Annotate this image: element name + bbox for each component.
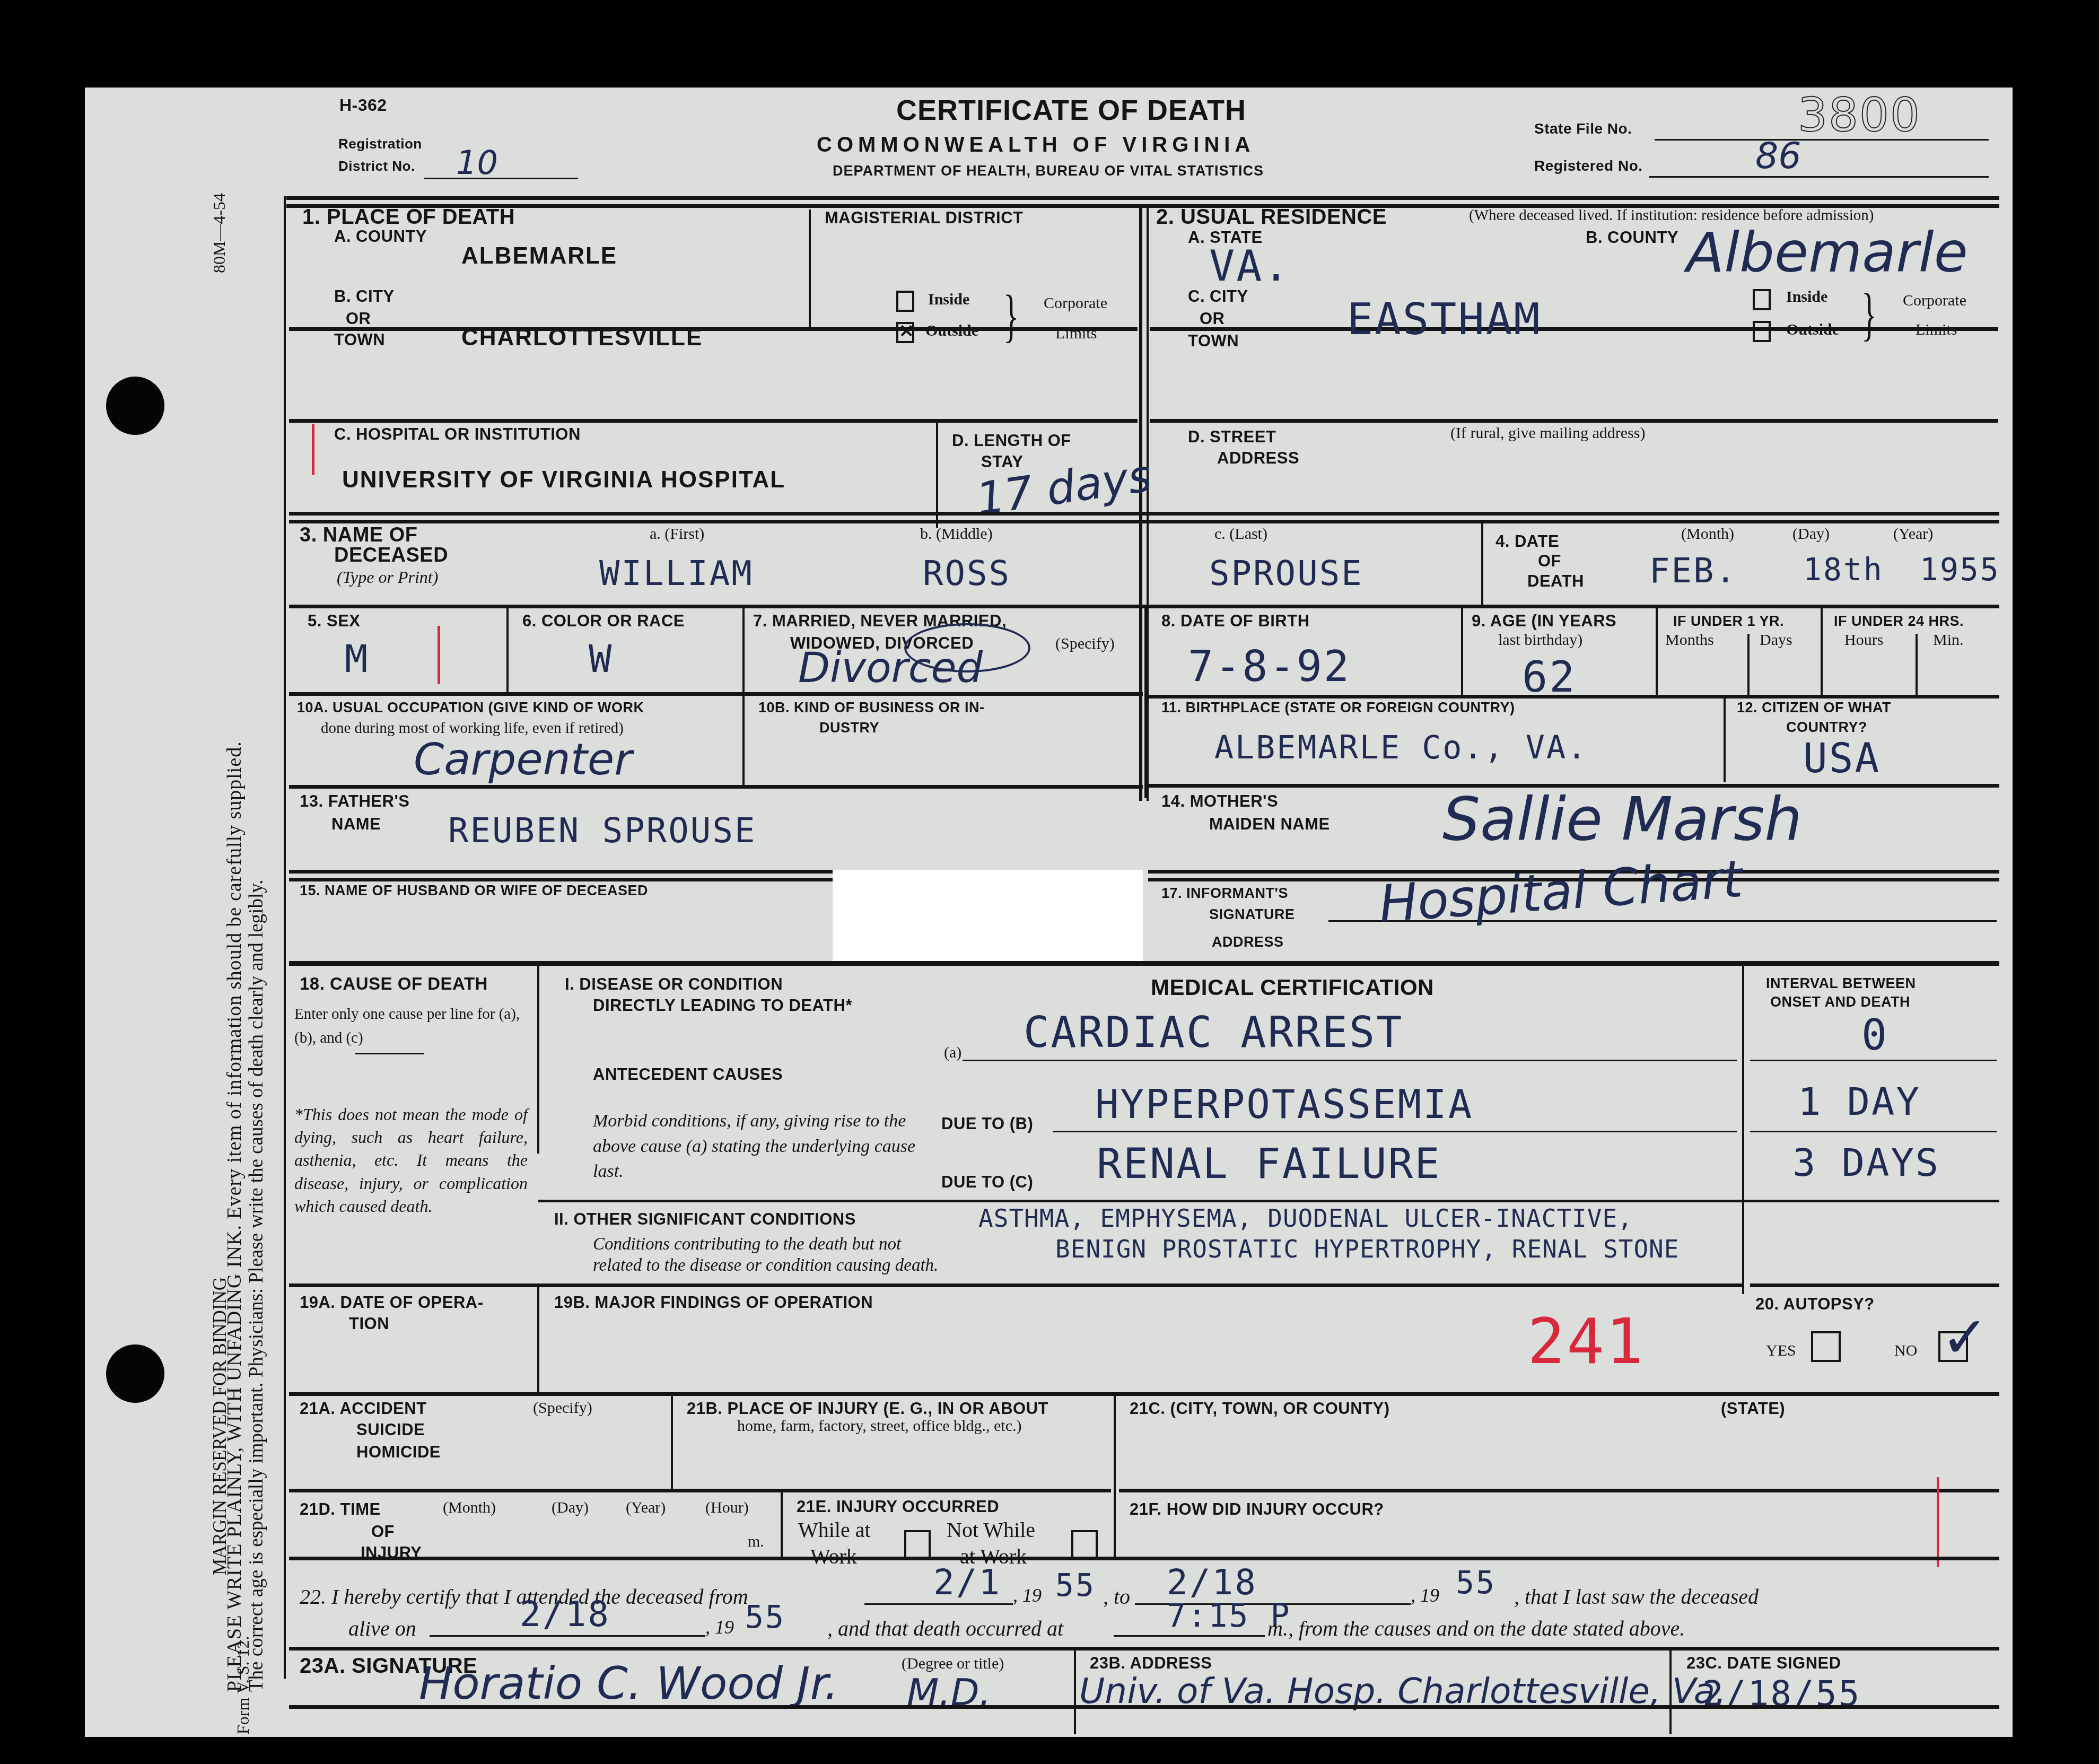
to-label: , to	[1103, 1583, 1130, 1611]
cause-instruction: Enter only one cause per line for (a), (…	[294, 1002, 528, 1050]
line-20-top	[1750, 1283, 1999, 1287]
under1-label: IF UNDER 1 YR.	[1673, 614, 1784, 628]
residence-heading: 2. USUAL RESIDENCE	[1156, 206, 1387, 228]
interval-c-value: 3 DAYS	[1792, 1140, 1940, 1185]
from-year-prefix: , 19	[1013, 1583, 1042, 1608]
min-label: Min.	[1933, 631, 1964, 650]
line-10-top-left	[289, 692, 1143, 696]
interval-a-value: 0	[1861, 1010, 1888, 1060]
how-injury-label: 21f. HOW DID INJURY OCCUR?	[1130, 1501, 1384, 1518]
red-tick-mark	[312, 424, 314, 475]
from-year-value: 55	[1055, 1567, 1096, 1603]
res-inside-label: Inside	[1786, 288, 1827, 307]
frame-left	[284, 196, 286, 1679]
corporate-label: Corporate	[1044, 294, 1107, 313]
margin-instruction-2: The correct age is especially important.…	[245, 879, 268, 1692]
cause-b-line	[1053, 1131, 1737, 1132]
line-10-top-right	[1148, 695, 1999, 698]
interval-a-line	[1750, 1060, 1997, 1061]
occupation-value: Carpenter	[414, 735, 632, 785]
res-inside-checkbox[interactable]	[1753, 289, 1771, 310]
race-value: W	[589, 636, 613, 681]
outside-limits-checkbox-checked[interactable]	[896, 322, 914, 343]
alive-date-value: 2/18	[520, 1594, 610, 1635]
res-limits-label: Limits	[1916, 321, 1957, 339]
informant-address-label: ADDRESS	[1212, 935, 1284, 949]
accident-divider	[671, 1395, 673, 1490]
line-15-top-1	[289, 870, 835, 874]
to-year-prefix: , 19	[1411, 1583, 1439, 1608]
cert-address-label: 23b. ADDRESS	[1090, 1655, 1212, 1672]
injury-year-label: (Year)	[626, 1499, 666, 1517]
registered-label: Registered No.	[1534, 158, 1643, 173]
months-divider	[1747, 634, 1750, 695]
line-23-top	[289, 1647, 1999, 1651]
business-label-1: 10b. KIND OF BUSINESS OR IN-	[758, 700, 985, 715]
op-date-label-2: TION	[349, 1315, 389, 1333]
dod-label-1: 4. DATE	[1495, 533, 1559, 551]
injury-occurred-label: 21e. INJURY OCCURRED	[797, 1498, 999, 1516]
to-date-value: 2/18	[1167, 1562, 1257, 1603]
last-name-label: c. (Last)	[1214, 525, 1267, 544]
alive-year-prefix: , 19	[705, 1615, 734, 1640]
autopsy-yes-label: YES	[1766, 1342, 1796, 1360]
binding-hole-bottom	[106, 1344, 164, 1403]
antecedent-label: ANTECEDENT CAUSES	[593, 1066, 783, 1084]
mother-label-2: MAIDEN NAME	[1209, 816, 1330, 833]
place-injury-label-1: 21b. PLACE OF INJURY (e. g., in or about	[687, 1400, 1048, 1418]
part1-label-2: DIRECTLY LEADING TO DEATH*	[593, 997, 852, 1015]
dod-label-2: OF	[1538, 553, 1561, 570]
race-divider	[742, 607, 745, 785]
inside-limits-checkbox[interactable]	[896, 291, 914, 312]
outside-label: Outside	[925, 322, 978, 340]
sex-divider	[506, 607, 509, 692]
interval-b-line	[1750, 1131, 1997, 1132]
hours-label: Hours	[1844, 631, 1883, 650]
res-outside-checkbox[interactable]	[1753, 321, 1771, 342]
first-name-label: a. (First)	[650, 525, 704, 544]
place-of-death-heading: 1. PLACE OF DEATH	[302, 206, 515, 228]
stay-label-1: d. LENGTH OF	[952, 432, 1071, 450]
city-label-3: TOWN	[334, 331, 385, 349]
death-city-value: CHARLOTTESVILLE	[461, 325, 703, 351]
cause-c-value: RENAL FAILURE	[1097, 1140, 1441, 1188]
place-injury-label-2: home, farm, factory, street, office bldg…	[737, 1417, 1021, 1436]
street-label-1: d. STREET	[1188, 429, 1276, 446]
street-note: (If rural, give mailing address)	[1450, 424, 1645, 443]
injury-city-label: 21c. (CITY, TOWN, OR COUNTY)	[1130, 1400, 1390, 1418]
other-conditions-line-2: BENIGN PROSTATIC HYPERTROPHY, RENAL STON…	[1055, 1235, 1679, 1263]
residence-state-value: VA.	[1209, 241, 1291, 291]
cause-divider	[537, 965, 539, 1154]
city-label-2: OR	[346, 310, 371, 328]
cause-separator	[355, 1053, 424, 1054]
state-file-number: 3800	[1798, 88, 1921, 142]
citizen-divider	[1724, 695, 1726, 782]
alive-date-line	[430, 1635, 705, 1637]
limits-label: Limits	[1055, 325, 1097, 343]
part2-label: II. OTHER SIGNIFICANT CONDITIONS	[554, 1211, 856, 1228]
dod-month-label: (Month)	[1681, 525, 1734, 544]
street-label-2: ADDRESS	[1217, 450, 1299, 467]
from-date-line	[864, 1603, 1013, 1605]
marital-value: Divorced	[798, 644, 983, 692]
line-24-top	[289, 1705, 1999, 1709]
line-13-top-left	[289, 785, 1143, 789]
father-label-1: 13. FATHER'S	[300, 793, 409, 810]
cause-footnote: *This does not mean the mode of dying, s…	[294, 1103, 528, 1218]
interval-b-value: 1 DAY	[1798, 1079, 1921, 1124]
occupation-label-1: 10a. USUAL OCCUPATION (Give kind of work	[297, 700, 644, 715]
autopsy-yes-checkbox[interactable]	[1811, 1331, 1841, 1362]
time-injury-label-2: OF	[371, 1523, 395, 1541]
under24-label: IF UNDER 24 HRS.	[1834, 614, 1964, 628]
autopsy-no-label: NO	[1894, 1342, 1917, 1360]
commonwealth-title: COMMONWEALTH OF VIRGINIA	[817, 134, 1255, 156]
redacted-spouse-name	[833, 870, 1143, 963]
line-3-top-2	[289, 520, 1999, 523]
death-county-value: ALBEMARLE	[461, 243, 617, 269]
op-date-label-1: 19a. DATE OF OPERA-	[300, 1294, 484, 1312]
cert-text-2: , that I last saw the deceased	[1514, 1583, 1759, 1611]
while-work-label-1: While at	[798, 1518, 871, 1542]
time-divider	[781, 1491, 783, 1558]
residence-county-value: Albemarle	[1686, 220, 1968, 285]
cause-label: 18. CAUSE OF DEATH	[300, 975, 488, 993]
residence-county-label: b. COUNTY	[1586, 229, 1678, 247]
res-city-label-2: OR	[1200, 310, 1225, 328]
res-city-label-3: TOWN	[1188, 333, 1239, 350]
time-line	[1114, 1635, 1265, 1637]
cause-a-value: CARDIAC ARREST	[1024, 1008, 1403, 1057]
autopsy-label: 20. AUTOPSY?	[1755, 1296, 1875, 1313]
under1-divider	[1656, 607, 1658, 695]
line-19-top	[289, 1283, 1742, 1287]
dod-label-3: DEATH	[1527, 573, 1584, 590]
accident-specify: (Specify)	[533, 1399, 592, 1418]
cause-a-label: (a)	[944, 1044, 961, 1062]
place-injury-divider	[1114, 1395, 1116, 1557]
notwhile-work-checkbox[interactable]	[1071, 1530, 1098, 1560]
county-label: a. COUNTY	[334, 228, 427, 246]
notwhile-work-label-1: Not While	[947, 1518, 1035, 1542]
autopsy-checkmark-icon: ✓	[1941, 1305, 1989, 1371]
city-label-1: b. CITY	[334, 288, 395, 305]
inside-label: Inside	[928, 291, 969, 309]
hours-divider	[1916, 634, 1918, 695]
line-3-top-1	[289, 512, 1999, 516]
dod-year-label: (Year)	[1893, 525, 1933, 544]
dod-year-value: 1955	[1920, 552, 2000, 588]
marital-specify: (Specify)	[1055, 635, 1115, 653]
certificate-title: CERTIFICATE OF DEATH	[896, 95, 1246, 126]
from-date-value: 2/1	[933, 1562, 1001, 1603]
res-outside-label: Outside	[1786, 321, 1839, 339]
cause-a-line	[963, 1060, 1737, 1061]
red-margin-line	[1937, 1477, 1939, 1567]
age-divider	[1461, 607, 1463, 695]
interval-label-1: INTERVAL BETWEEN	[1766, 976, 1916, 991]
race-label: 6. COLOR OR RACE	[522, 613, 685, 630]
line-22-top	[289, 1557, 1999, 1560]
last-name-value: SPROUSE	[1209, 554, 1363, 593]
op-divider	[537, 1286, 539, 1392]
interval-label-2: ONSET AND DEATH	[1770, 994, 1910, 1009]
line-21d-top-right	[1119, 1489, 1999, 1492]
days-label: Days	[1760, 631, 1792, 650]
citizen-label-2: COUNTRY?	[1786, 720, 1867, 735]
birthplace-value: ALBEMARLE Co., VA.	[1214, 729, 1588, 766]
brace-2: }	[1861, 285, 1877, 343]
line-21-top	[289, 1392, 1999, 1396]
middle-name-value: ROSS	[923, 554, 1011, 593]
department-title: DEPARTMENT OF HEALTH, BUREAU OF VITAL ST…	[833, 163, 1264, 178]
injury-day-label: (Day)	[552, 1499, 589, 1517]
dod-day-label: (Day)	[1792, 525, 1830, 544]
district-underline	[424, 178, 578, 179]
cert-text-3: , and that death occurred at	[827, 1615, 1063, 1643]
under24-divider	[1821, 607, 1823, 695]
physician-signature: Horatio C. Wood Jr.	[419, 1657, 838, 1709]
binding-hole-top	[106, 377, 164, 435]
res-corporate-label: Corporate	[1903, 292, 1966, 310]
alive-year-value: 55	[745, 1599, 785, 1635]
district-label: District No.	[338, 159, 415, 173]
time-injury-label-1: 21d. TIME	[300, 1501, 381, 1518]
magisterial-district-label: MAGISTERIAL DISTRICT	[825, 209, 1024, 227]
injury-hour-label: (Hour)	[705, 1499, 749, 1517]
dob-divider	[1144, 607, 1148, 798]
father-label-2: NAME	[331, 816, 381, 833]
margin-print-code: 80M—4-54	[209, 193, 229, 273]
mother-name-value: Sallie Marsh	[1442, 785, 1802, 854]
registered-number: 86	[1755, 135, 1801, 177]
age-label-2: last birthday)	[1498, 631, 1582, 650]
spouse-label: 15. NAME OF HUSBAND OR WIFE OF DECEASED	[300, 883, 648, 898]
sex-label: 5. SEX	[308, 613, 361, 630]
dob-value: 7-8-92	[1188, 642, 1351, 691]
registration-label: Registration	[338, 137, 422, 151]
res-city-label-1: c. CITY	[1188, 288, 1248, 305]
sex-value: M	[345, 636, 369, 681]
line-2b	[1150, 419, 1998, 423]
cause-b-label: DUE TO (b)	[941, 1115, 1033, 1133]
magisterial-divider	[809, 209, 811, 329]
dod-day-value: 18th	[1803, 552, 1884, 588]
part1-label-1: I. DISEASE OR CONDITION	[565, 976, 783, 993]
cause-b-value: HYPERPOTASSEMIA	[1095, 1082, 1473, 1128]
to-year-value: 55	[1456, 1565, 1496, 1601]
morbid-note: Morbid conditions, if any, giving rise t…	[593, 1108, 927, 1184]
cert-text-4: m., from the causes and on the date stat…	[1267, 1615, 1685, 1643]
part2-note-1: Conditions contributing to the death but…	[593, 1233, 901, 1256]
dod-divider	[1481, 522, 1483, 605]
hospital-label: c. HOSPITAL OR INSTITUTION	[334, 426, 581, 443]
dod-month-value: FEB.	[1649, 552, 1737, 591]
mother-label-1: 14. MOTHER'S	[1161, 793, 1278, 810]
op-findings-label: 19b. MAJOR FINDINGS OF OPERATION	[554, 1294, 873, 1312]
business-label-2: DUSTRY	[819, 720, 879, 735]
other-conditions-line-1: ASTHMA, EMPHYSEMA, DUODENAL ULCER-INACTI…	[978, 1204, 1633, 1233]
accident-label-3: HOMICIDE	[356, 1444, 441, 1461]
injury-state-label: (STATE)	[1721, 1400, 1785, 1418]
residence-city-value: EASTHAM	[1347, 294, 1542, 345]
interval-divider	[1742, 965, 1744, 1294]
line-1b	[289, 419, 1138, 423]
middle-name-label: b. (Middle)	[920, 525, 993, 544]
injury-m-label: m.	[748, 1533, 764, 1551]
line-15-top-2	[289, 878, 835, 881]
margin-instruction-1: PLEASE WRITE PLAINLY, WITH UNFADING INK.…	[223, 741, 246, 1692]
informant-label-2: SIGNATURE	[1209, 907, 1295, 922]
medical-cert-heading: MEDICAL CERTIFICATION	[1151, 976, 1434, 999]
part2-note-2: related to the disease or condition caus…	[593, 1254, 938, 1277]
age-label-1: 9. AGE (In years	[1472, 613, 1616, 630]
citizen-label-1: 12. CITIZEN OF WHAT	[1737, 700, 1891, 715]
registration-district-value: 10	[456, 143, 498, 182]
dob-label: 8. DATE OF BIRTH	[1161, 613, 1310, 630]
red-mark-sex	[438, 626, 440, 684]
brace-1: }	[1003, 286, 1019, 345]
form-code: H-362	[339, 97, 387, 115]
part2-top-line	[538, 1200, 1999, 1202]
informant-label-1: 17. INFORMANT'S	[1161, 886, 1288, 901]
name-label-1: 3. NAME OF	[300, 525, 417, 546]
state-file-label: State File No.	[1534, 121, 1632, 136]
hospital-value: UNIVERSITY OF VIRGINIA HOSPITAL	[342, 467, 785, 493]
birthplace-label: 11. BIRTHPLACE (State or foreign country…	[1161, 700, 1515, 715]
alive-on-label: alive on	[348, 1615, 416, 1643]
first-name-value: WILLIAM	[599, 554, 754, 593]
line-21d-top-left	[289, 1489, 1111, 1492]
accident-label-2: SUICIDE	[356, 1421, 425, 1439]
name-label-3: (Type or Print)	[337, 566, 438, 589]
injury-month-label: (Month)	[443, 1499, 496, 1517]
red-code-241: 241	[1527, 1305, 1645, 1378]
father-name-value: REUBEN SPROUSE	[448, 811, 756, 851]
registered-underline	[1649, 176, 1989, 178]
accident-label-1: 21a. ACCIDENT	[300, 1400, 427, 1418]
months-label: Months	[1665, 631, 1714, 650]
while-work-checkbox[interactable]	[904, 1530, 931, 1560]
citizen-value: USA	[1803, 735, 1881, 782]
name-label-2: DECEASED	[334, 545, 448, 566]
lower-sections-band	[289, 1705, 1999, 1734]
frame-top-1	[286, 196, 1999, 200]
date-signed-label: 23c. DATE SIGNED	[1686, 1655, 1841, 1672]
cause-c-label: DUE TO (c)	[941, 1174, 1033, 1191]
